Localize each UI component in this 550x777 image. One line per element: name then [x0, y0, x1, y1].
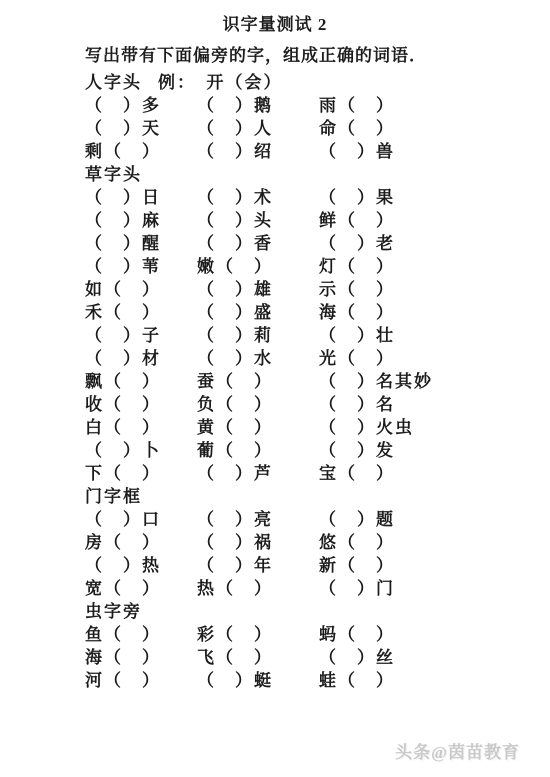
- fill-blank-cell: 黄（ ）: [197, 416, 319, 439]
- worksheet-row: （ ）苇嫩（ ）灯（ ）: [85, 255, 550, 278]
- fill-blank-cell: （ ）多: [85, 94, 197, 117]
- fill-blank-cell: （ ）绍: [197, 140, 319, 163]
- fill-blank-cell: 鲜（ ）: [319, 209, 395, 232]
- section-header-label: 虫字旁: [85, 602, 142, 621]
- fill-blank-cell: （ ）壮: [319, 324, 395, 347]
- fill-blank-cell: 飘（ ）: [85, 370, 197, 393]
- fill-blank-cell: （ ）天: [85, 117, 197, 140]
- fill-blank-cell: 新（ ）: [319, 554, 395, 577]
- fill-blank-cell: （ ）日: [85, 186, 197, 209]
- fill-blank-cell: （ ）名其妙: [319, 370, 433, 393]
- worksheet-row: （ ）口（ ）亮（ ）题: [85, 508, 550, 531]
- fill-blank-cell: 光（ ）: [319, 347, 395, 370]
- fill-blank-cell: 剩（ ）: [85, 140, 197, 163]
- fill-blank-cell: 房（ ）: [85, 531, 197, 554]
- worksheet-row: 收（ ）负（ ）（ ）名: [85, 393, 550, 416]
- section-header: 草字头: [85, 163, 550, 186]
- worksheet-row: 剩（ ）（ ）绍（ ）兽: [85, 140, 550, 163]
- worksheet-row: 河（ ）（ ）蜓蛙（ ）: [85, 669, 550, 692]
- fill-blank-cell: 海（ ）: [85, 646, 197, 669]
- fill-blank-cell: （ ）头: [197, 209, 319, 232]
- fill-blank-cell: 收（ ）: [85, 393, 197, 416]
- worksheet-row: 禾（ ）（ ）盛海（ ）: [85, 301, 550, 324]
- worksheet-page: 识字量测试 2 写出带有下面偏旁的字，组成正确的词语． 人字头例： 开（会）（ …: [0, 13, 550, 692]
- fill-blank-cell: 命（ ）: [319, 117, 395, 140]
- fill-blank-cell: （ ）麻: [85, 209, 197, 232]
- worksheet-row: 白（ ）黄（ ）（ ）火虫: [85, 416, 550, 439]
- fill-blank-cell: 白（ ）: [85, 416, 197, 439]
- fill-blank-cell: （ ）苇: [85, 255, 197, 278]
- fill-blank-cell: （ ）门: [319, 577, 395, 600]
- fill-blank-cell: （ ）祸: [197, 531, 319, 554]
- worksheet-row: （ ）醒（ ）香（ ）老: [85, 232, 550, 255]
- fill-blank-cell: 蛙（ ）: [319, 669, 395, 692]
- fill-blank-cell: （ ）鹅: [197, 94, 319, 117]
- fill-blank-cell: 河（ ）: [85, 669, 197, 692]
- fill-blank-cell: （ ）莉: [197, 324, 319, 347]
- fill-blank-cell: 嫩（ ）: [197, 255, 319, 278]
- fill-blank-cell: （ ）芦: [197, 462, 319, 485]
- fill-blank-cell: 飞（ ）: [197, 646, 319, 669]
- fill-blank-cell: 热（ ）: [197, 577, 319, 600]
- fill-blank-cell: （ ）题: [319, 508, 395, 531]
- fill-blank-cell: 禾（ ）: [85, 301, 197, 324]
- worksheet-row: 房（ ）（ ）祸悠（ ）: [85, 531, 550, 554]
- worksheet-row: （ ）麻（ ）头鲜（ ）: [85, 209, 550, 232]
- fill-blank-cell: 蚕（ ）: [197, 370, 319, 393]
- fill-blank-cell: （ ）年: [197, 554, 319, 577]
- fill-blank-cell: （ ）热: [85, 554, 197, 577]
- fill-blank-cell: （ ）醒: [85, 232, 197, 255]
- section-header-label: 草字头: [85, 165, 142, 184]
- fill-blank-cell: 蚂（ ）: [319, 623, 395, 646]
- worksheet-row: （ ）天（ ）人命（ ）: [85, 117, 550, 140]
- fill-blank-cell: （ ）兽: [319, 140, 395, 163]
- fill-blank-cell: （ ）盛: [197, 301, 319, 324]
- worksheet-row: （ ）日（ ）术（ ）果: [85, 186, 550, 209]
- fill-blank-cell: 负（ ）: [197, 393, 319, 416]
- fill-blank-cell: （ ）发: [319, 439, 395, 462]
- worksheet-row: 下（ ）（ ）芦宝（ ）: [85, 462, 550, 485]
- section-header: 门字框: [85, 485, 550, 508]
- section-header: 虫字旁: [85, 600, 550, 623]
- fill-blank-cell: （ ）老: [319, 232, 395, 255]
- fill-blank-cell: 葡（ ）: [197, 439, 319, 462]
- section-header-label: 人字头: [85, 73, 142, 92]
- worksheet-row: 海（ ）飞（ ）（ ）丝: [85, 646, 550, 669]
- fill-blank-cell: 如（ ）: [85, 278, 197, 301]
- fill-blank-cell: （ ）术: [197, 186, 319, 209]
- fill-blank-cell: 彩（ ）: [197, 623, 319, 646]
- fill-blank-cell: （ ）香: [197, 232, 319, 255]
- section-header-label: 门字框: [85, 487, 142, 506]
- fill-blank-cell: （ ）人: [197, 117, 319, 140]
- fill-blank-cell: （ ）口: [85, 508, 197, 531]
- fill-blank-cell: 灯（ ）: [319, 255, 395, 278]
- worksheet-row: （ ）子（ ）莉（ ）壮: [85, 324, 550, 347]
- fill-blank-cell: （ ）火虫: [319, 416, 414, 439]
- fill-blank-cell: 宝（ ）: [319, 462, 395, 485]
- fill-blank-cell: 下（ ）: [85, 462, 197, 485]
- fill-blank-cell: 雨（ ）: [319, 94, 395, 117]
- fill-blank-cell: （ ）蜓: [197, 669, 319, 692]
- fill-blank-cell: （ ）果: [319, 186, 395, 209]
- example-text: 例： 开（会）: [158, 73, 283, 92]
- worksheet-row: （ ）热（ ）年新（ ）: [85, 554, 550, 577]
- worksheet-row: 宽（ ）热（ ）（ ）门: [85, 577, 550, 600]
- fill-blank-cell: （ ）丝: [319, 646, 395, 669]
- fill-blank-cell: （ ）名: [319, 393, 395, 416]
- section-header: 人字头例： 开（会）: [85, 71, 550, 94]
- worksheet-row: 鱼（ ）彩（ ）蚂（ ）: [85, 623, 550, 646]
- worksheet-row: （ ）多（ ）鹅雨（ ）: [85, 94, 550, 117]
- fill-blank-cell: （ ）亮: [197, 508, 319, 531]
- worksheet-row: （ ）卜葡（ ）（ ）发: [85, 439, 550, 462]
- fill-blank-cell: （ ）材: [85, 347, 197, 370]
- instruction-text: 写出带有下面偏旁的字，组成正确的词语．: [85, 44, 550, 68]
- sections-container: 人字头例： 开（会）（ ）多（ ）鹅雨（ ）（ ）天（ ）人命（ ）剩（ ）（ …: [85, 71, 550, 692]
- fill-blank-cell: （ ）子: [85, 324, 197, 347]
- fill-blank-cell: 海（ ）: [319, 301, 395, 324]
- fill-blank-cell: 宽（ ）: [85, 577, 197, 600]
- worksheet-title: 识字量测试 2: [0, 13, 550, 37]
- fill-blank-cell: 悠（ ）: [319, 531, 395, 554]
- worksheet-row: 飘（ ）蚕（ ）（ ）名其妙: [85, 370, 550, 393]
- fill-blank-cell: （ ）雄: [197, 278, 319, 301]
- worksheet-row: （ ）材（ ）水光（ ）: [85, 347, 550, 370]
- fill-blank-cell: （ ）水: [197, 347, 319, 370]
- fill-blank-cell: 鱼（ ）: [85, 623, 197, 646]
- watermark-text: 头条@茵苗教育: [395, 738, 520, 763]
- fill-blank-cell: （ ）卜: [85, 439, 197, 462]
- fill-blank-cell: 示（ ）: [319, 278, 395, 301]
- worksheet-row: 如（ ）（ ）雄示（ ）: [85, 278, 550, 301]
